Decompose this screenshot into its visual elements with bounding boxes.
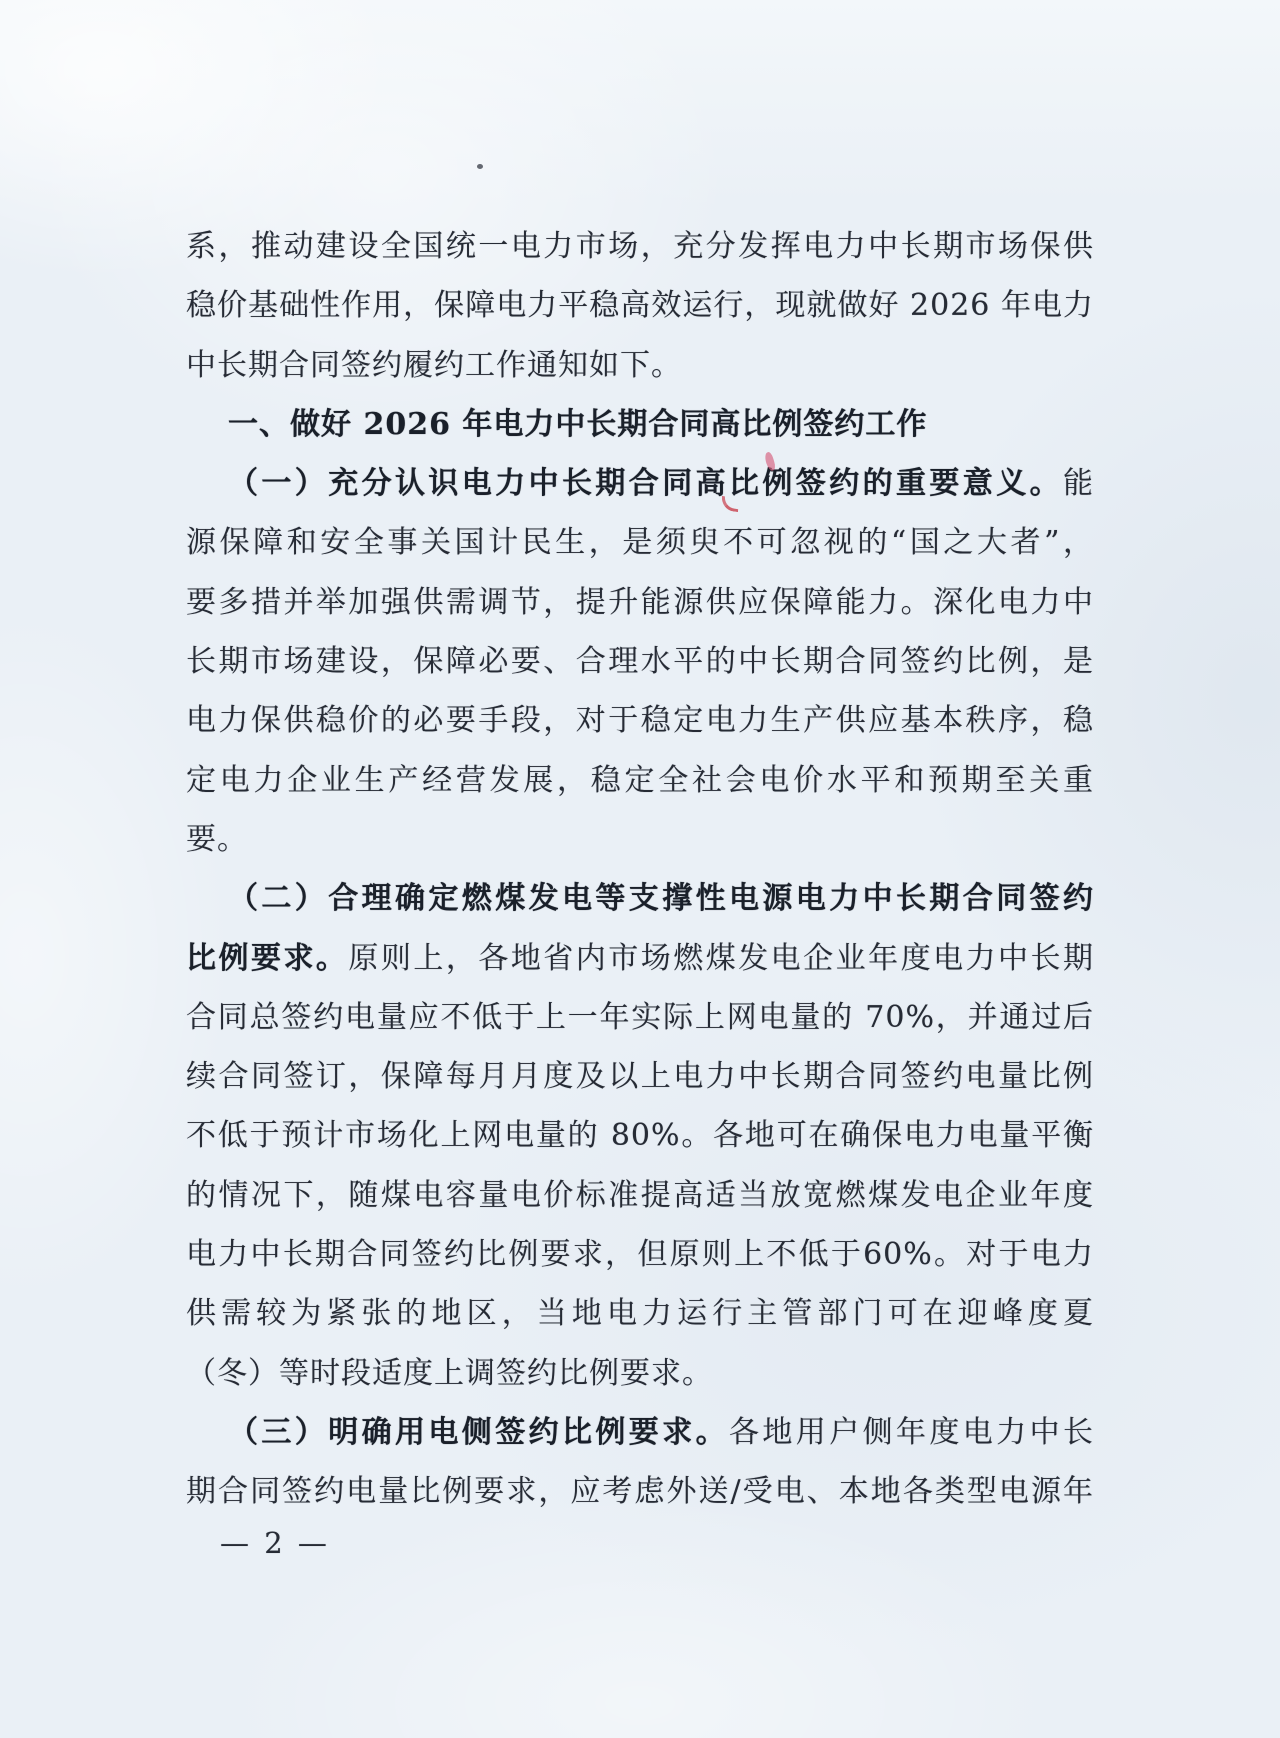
text-line: 中长期合同签约履约工作通知如下。 xyxy=(186,336,1094,395)
text-run: 续合同签订，保障每月月度及以上电力中长期合同签约电量比例 xyxy=(186,1059,1094,1094)
text-run: 各地用户侧年度电力中长 xyxy=(729,1415,1094,1450)
text-run: 合同总签约电量应不低于上一年实际上网电量的 70%，并通过后 xyxy=(186,1000,1094,1035)
text-run: 原则上，各地省内市场燃煤发电企业年度电力中长期 xyxy=(348,941,1094,976)
heading-line: （二）合理确定燃煤发电等支撑性电源电力中长期合同签约 xyxy=(186,869,1094,928)
text-line: （一）充分认识电力中长期合同高比例签约的重要意义。能 xyxy=(186,454,1094,513)
text-line: 长期市场建设，保障必要、合理水平的中长期合同签约比例，是 xyxy=(186,632,1094,691)
text-run: 源保障和安全事关国计民生，是须臾不可忽视的“国之大者”， xyxy=(186,525,1094,560)
text-run: 期合同签约电量比例要求，应考虑外送/受电、本地各类型电源年 xyxy=(186,1474,1094,1509)
text-line: 要多措并举加强供需调节，提升能源供应保障能力。深化电力中 xyxy=(186,573,1094,632)
text-line: 电力保供稳价的必要手段，对于稳定电力生产供应基本秩序，稳 xyxy=(186,691,1094,750)
text-line: 的情况下，随煤电容量电价标准提高适当放宽燃煤发电企业年度 xyxy=(186,1166,1094,1225)
text-run: 系，推动建设全国统一电力市场，充分发挥电力中长期市场保供 xyxy=(186,229,1094,264)
text-run: 能 xyxy=(1063,466,1094,501)
text-run: 电力保供稳价的必要手段，对于稳定电力生产供应基本秩序，稳 xyxy=(186,703,1094,738)
text-line: （冬）等时段适度上调签约比例要求。 xyxy=(186,1344,1094,1403)
text-run: 中长期合同签约履约工作通知如下。 xyxy=(186,348,682,383)
text-run: 的情况下，随煤电容量电价标准提高适当放宽燃煤发电企业年度 xyxy=(186,1178,1094,1213)
text-line: 要。 xyxy=(186,810,1094,869)
text-run: 要。 xyxy=(186,822,248,857)
document-body: 系，推动建设全国统一电力市场，充分发挥电力中长期市场保供稳价基础性作用，保障电力… xyxy=(186,217,1094,1522)
bold-run: （一）充分认识电力中长期合同高比例签约的重要意义。 xyxy=(228,466,1063,501)
text-line: 稳价基础性作用，保障电力平稳高效运行，现就做好 2026 年电力 xyxy=(186,276,1094,335)
text-line: 不低于预计市场化上网电量的 80%。各地可在确保电力电量平衡 xyxy=(186,1106,1094,1165)
text-line: （三）明确用电侧签约比例要求。各地用户侧年度电力中长 xyxy=(186,1403,1094,1462)
text-line: 续合同签订，保障每月月度及以上电力中长期合同签约电量比例 xyxy=(186,1047,1094,1106)
text-run: （冬）等时段适度上调签约比例要求。 xyxy=(186,1356,713,1391)
text-run: 电力中长期合同签约比例要求，但原则上不低于60%。对于电力 xyxy=(186,1237,1094,1272)
bold-run: 一、做好 2026 年电力中长期合同高比例签约工作 xyxy=(228,407,927,442)
bold-run: 比例要求。 xyxy=(186,941,348,976)
text-run: 要多措并举加强供需调节，提升能源供应保障能力。深化电力中 xyxy=(186,585,1094,620)
text-run: 供需较为紧张的地区，当地电力运行主管部门可在迎峰度夏 xyxy=(186,1296,1094,1331)
text-run: 定电力企业生产经营发展，稳定全社会电价水平和预期至关重 xyxy=(186,763,1094,798)
text-line: 比例要求。原则上，各地省内市场燃煤发电企业年度电力中长期 xyxy=(186,929,1094,988)
text-run: 不低于预计市场化上网电量的 80%。各地可在确保电力电量平衡 xyxy=(186,1118,1094,1153)
text-line: 期合同签约电量比例要求，应考虑外送/受电、本地各类型电源年 xyxy=(186,1462,1094,1521)
text-run: 稳价基础性作用，保障电力平稳高效运行，现就做好 2026 年电力 xyxy=(186,288,1094,323)
text-line: 源保障和安全事关国计民生，是须臾不可忽视的“国之大者”， xyxy=(186,513,1094,572)
text-line: 系，推动建设全国统一电力市场，充分发挥电力中长期市场保供 xyxy=(186,217,1094,276)
text-line: 合同总签约电量应不低于上一年实际上网电量的 70%，并通过后 xyxy=(186,988,1094,1047)
heading-line: 一、做好 2026 年电力中长期合同高比例签约工作 xyxy=(186,395,1094,454)
bold-run: （二）合理确定燃煤发电等支撑性电源电力中长期合同签约 xyxy=(228,881,1094,916)
text-line: 电力中长期合同签约比例要求，但原则上不低于60%。对于电力 xyxy=(186,1225,1094,1284)
ink-speck xyxy=(477,164,483,169)
text-run: 长期市场建设，保障必要、合理水平的中长期合同签约比例，是 xyxy=(186,644,1094,679)
page-number: — 2 — xyxy=(220,1524,330,1562)
bold-run: （三）明确用电侧签约比例要求。 xyxy=(228,1415,729,1450)
text-line: 供需较为紧张的地区，当地电力运行主管部门可在迎峰度夏 xyxy=(186,1284,1094,1343)
scanned-page: { "page": { "background": "#eaf0f6", "te… xyxy=(0,0,1280,1738)
text-line: 定电力企业生产经营发展，稳定全社会电价水平和预期至关重 xyxy=(186,751,1094,810)
